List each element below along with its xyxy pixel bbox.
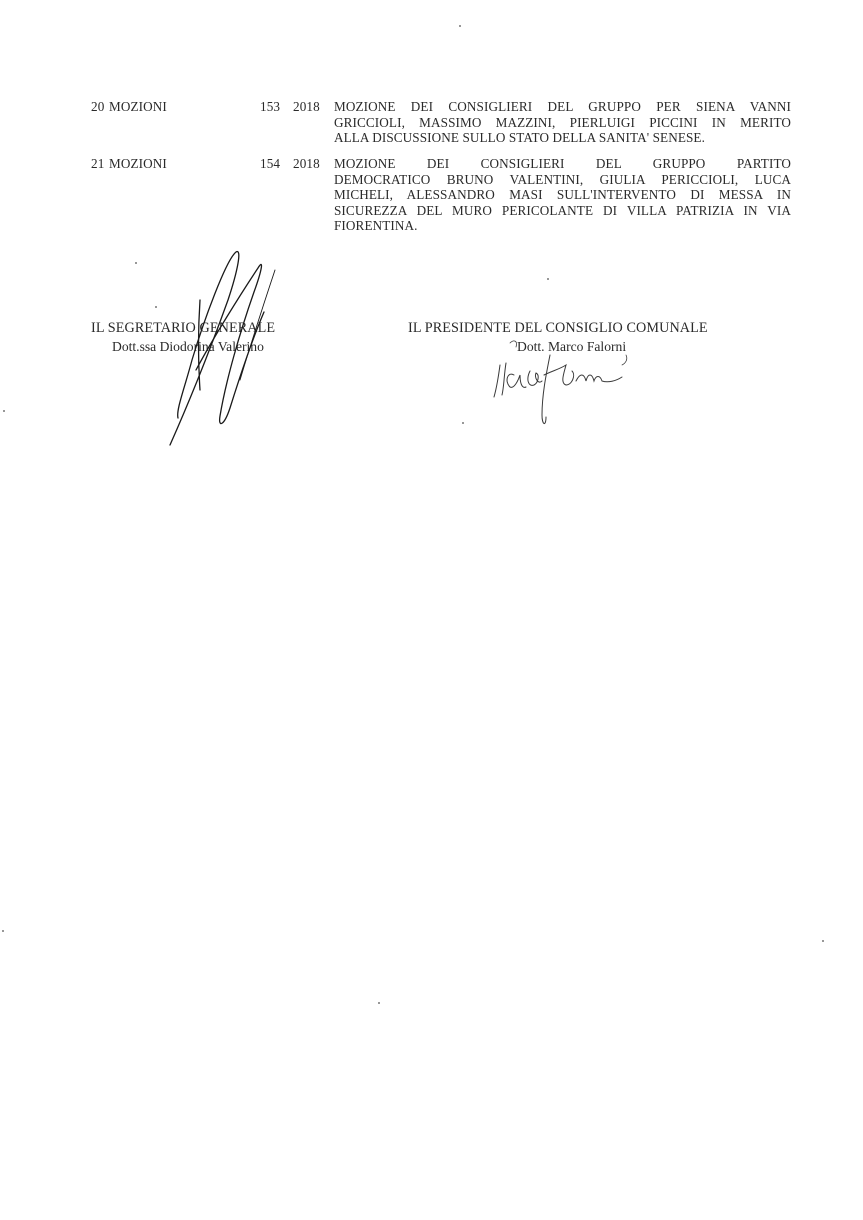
description-line: DEMOCRATICO BRUNO VALENTINI, GIULIA PERI… xyxy=(334,172,791,188)
scan-speck xyxy=(135,262,137,264)
row-description: MOZIONE DEI CONSIGLIERI DEL GRUPPO PARTI… xyxy=(334,156,791,234)
row-year: 2018 xyxy=(293,99,320,115)
description-line: SICUREZZA DEL MURO PERICOLANTE DI VILLA … xyxy=(334,203,791,219)
scan-speck xyxy=(2,930,4,932)
description-line: MOZIONE DEI CONSIGLIERI DEL GRUPPO PARTI… xyxy=(334,156,791,172)
secretary-title: IL SEGRETARIO GENERALE xyxy=(91,320,275,337)
scan-speck xyxy=(3,410,5,412)
row-year: 2018 xyxy=(293,156,320,172)
row-register-number: 154 xyxy=(260,156,280,172)
row-number: 21 xyxy=(91,156,104,172)
description-line: ALLA DISCUSSIONE SULLO STATO DELLA SANIT… xyxy=(334,130,791,146)
description-line: FIORENTINA. xyxy=(334,218,791,234)
scan-speck xyxy=(155,306,157,308)
row-number: 20 xyxy=(91,99,104,115)
description-line: MICHELI, ALESSANDRO MASI SULL'INTERVENTO… xyxy=(334,187,791,203)
scan-speck xyxy=(547,278,549,280)
description-line: GRICCIOLI, MASSIMO MAZZINI, PIERLUIGI PI… xyxy=(334,115,791,131)
description-line: MOZIONE DEI CONSIGLIERI DEL GRUPPO PER S… xyxy=(334,99,791,115)
row-register-number: 153 xyxy=(260,99,280,115)
secretary-name: Dott.ssa Diodorina Valerino xyxy=(112,338,264,355)
president-name: Dott. Marco Falorni xyxy=(517,338,626,355)
row-type: MOZIONI xyxy=(109,156,167,172)
document-page: 20 MOZIONI 153 2018 MOZIONE DEI CONSIGLI… xyxy=(0,0,863,1220)
scan-speck xyxy=(459,25,461,27)
row-type: MOZIONI xyxy=(109,99,167,115)
scan-speck xyxy=(822,940,824,942)
row-description: MOZIONE DEI CONSIGLIERI DEL GRUPPO PER S… xyxy=(334,99,791,146)
scan-speck xyxy=(378,1002,380,1004)
president-title: IL PRESIDENTE DEL CONSIGLIO COMUNALE xyxy=(408,320,708,337)
scan-speck xyxy=(462,422,464,424)
